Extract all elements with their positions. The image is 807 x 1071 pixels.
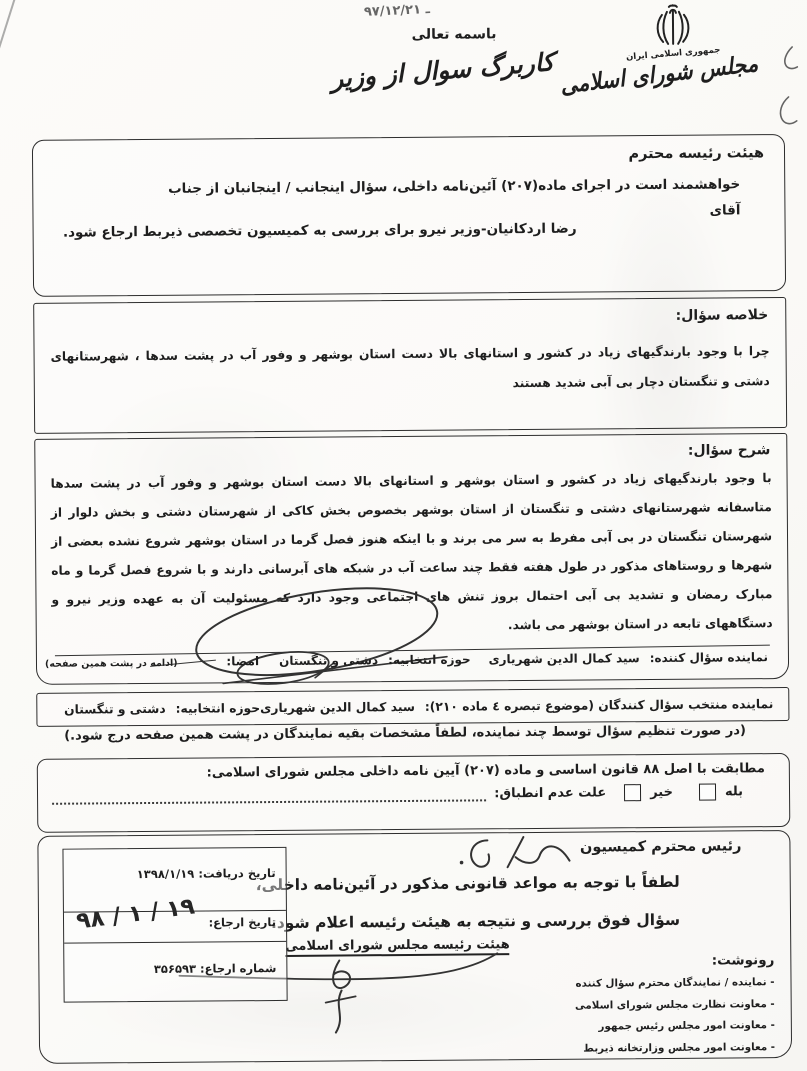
detail-box: شرح سؤال: با وجود بارندگیهای زیاد در کشو… xyxy=(34,433,789,685)
parliament-logo: جمهوری اسلامی ایران مجلس شورای اسلامی xyxy=(588,3,759,85)
bismillah-text: باسمه تعالی xyxy=(394,26,514,43)
cc-block: رونوشت: - نماینده / نمایندگان محترم سؤال… xyxy=(434,952,775,1061)
elected-rep-name: سید کمال الدین شهریاری xyxy=(260,700,415,715)
scanned-form-page: ـ ۹۷/۱۲/۲۱ باسمه تعالی کاربرگ سوال از وز… xyxy=(0,0,807,1071)
form-title: کاربرگ سوال از وزیر xyxy=(334,47,556,93)
summary-box: خلاصه سؤال: چرا با وجود بارندگیهای زیاد … xyxy=(33,297,787,434)
cc-item: - معاونت نظارت مجلس شورای اسلامی xyxy=(435,994,775,1018)
elected-rep-label: نماینده منتخب سؤال کنندگان (موضوع تبصره … xyxy=(425,697,774,714)
iran-emblem-icon xyxy=(653,4,693,48)
request-line2: رضا اردکانیان-وزیر نیرو برای بررسی به کم… xyxy=(63,221,577,241)
referral-number-row: شماره ارجاع: ۳۵۶۵۹۳ xyxy=(154,961,277,976)
received-date-label: تاریخ دریافت: xyxy=(198,866,275,881)
dotted-fill-line xyxy=(52,787,486,804)
referral-date-label: تاریخ ارجاع: xyxy=(208,915,276,930)
cc-item: - معاونت امور مجلس رئیس جمهور xyxy=(435,1015,775,1039)
cc-item: - نماینده / نمایندگان محترم سؤال کننده xyxy=(434,972,774,996)
received-date-row: تاریخ دریافت: ۱۳۹۸/۱/۱۹ xyxy=(137,866,276,881)
questioner-signature xyxy=(164,585,455,691)
yes-label: بله xyxy=(725,784,743,799)
compliance-title: مطابقت با اصل ۸۸ قانون اساسی و ماده (۲۰۷… xyxy=(38,754,789,782)
district-value: دشتی و تنگستان xyxy=(279,653,378,668)
stamp-divider xyxy=(64,941,286,944)
request-line1: خواهشمند است در اجرای ماده(۲۰۷) آئین‌نام… xyxy=(33,171,784,229)
questioner-name: سید کمال الدین شهریاری xyxy=(489,651,640,666)
cc-heading: رونوشت: xyxy=(434,952,774,971)
referral-number-label: شماره ارجاع: xyxy=(200,961,276,976)
elected-district-value: دشتی و تنگستان xyxy=(64,702,166,717)
handwritten-referral-date: ۹۸ / ۱ / ۱۹ xyxy=(75,894,196,935)
referral-number-value: ۳۵۶۵۹۳ xyxy=(154,962,196,976)
registry-stamp-box: تاریخ دریافت: ۱۳۹۸/۱/۱۹ تاریخ ارجاع: ۹۸ … xyxy=(62,847,287,1003)
yes-checkbox xyxy=(699,784,716,801)
questioner-label: نماینده سؤال کننده: xyxy=(650,650,768,665)
request-heading: هیئت رئیسه محترم xyxy=(33,135,784,167)
compliance-checkbox-row: بله خیر علت عدم انطباق: xyxy=(38,783,789,806)
pen-stroke-mark xyxy=(0,0,15,48)
signature-label: امضا: xyxy=(226,654,259,668)
cc-item: - معاونت امور مجلس وزارتخانه ذیربط xyxy=(435,1037,775,1061)
no-label: خیر xyxy=(650,785,673,800)
elected-district-label: حوزه انتخابیه: xyxy=(176,701,261,716)
request-box: هیئت رئیسه محترم خواهشمند است در اجرای م… xyxy=(32,134,786,297)
summary-text: چرا با وجود بارندگیهای زیاد در کشور و اس… xyxy=(34,323,786,402)
no-checkbox xyxy=(624,784,641,801)
elected-rep-box: نماینده منتخب سؤال کنندگان (موضوع تبصره … xyxy=(36,687,789,727)
continued-on-back-note: (ادامه در پشت همین صفحه) xyxy=(45,658,178,670)
referral-box: رئیس محترم کمیسیون لطفاً با توجه به مواع… xyxy=(37,830,792,1064)
compliance-box: مطابقت با اصل ۸۸ قانون اساسی و ماده (۲۰۷… xyxy=(37,753,791,833)
commission-chairman-heading: رئیس محترم کمیسیون xyxy=(580,838,742,855)
non-compliance-reason-label: علت عدم انطباق: xyxy=(494,785,606,801)
handwritten-top-date: ـ ۹۷/۱۲/۲۱ xyxy=(364,0,515,20)
district-label: حوزه انتخابیه: xyxy=(388,652,471,667)
received-date-value: ۱۳۹۸/۱/۱۹ xyxy=(137,867,195,881)
